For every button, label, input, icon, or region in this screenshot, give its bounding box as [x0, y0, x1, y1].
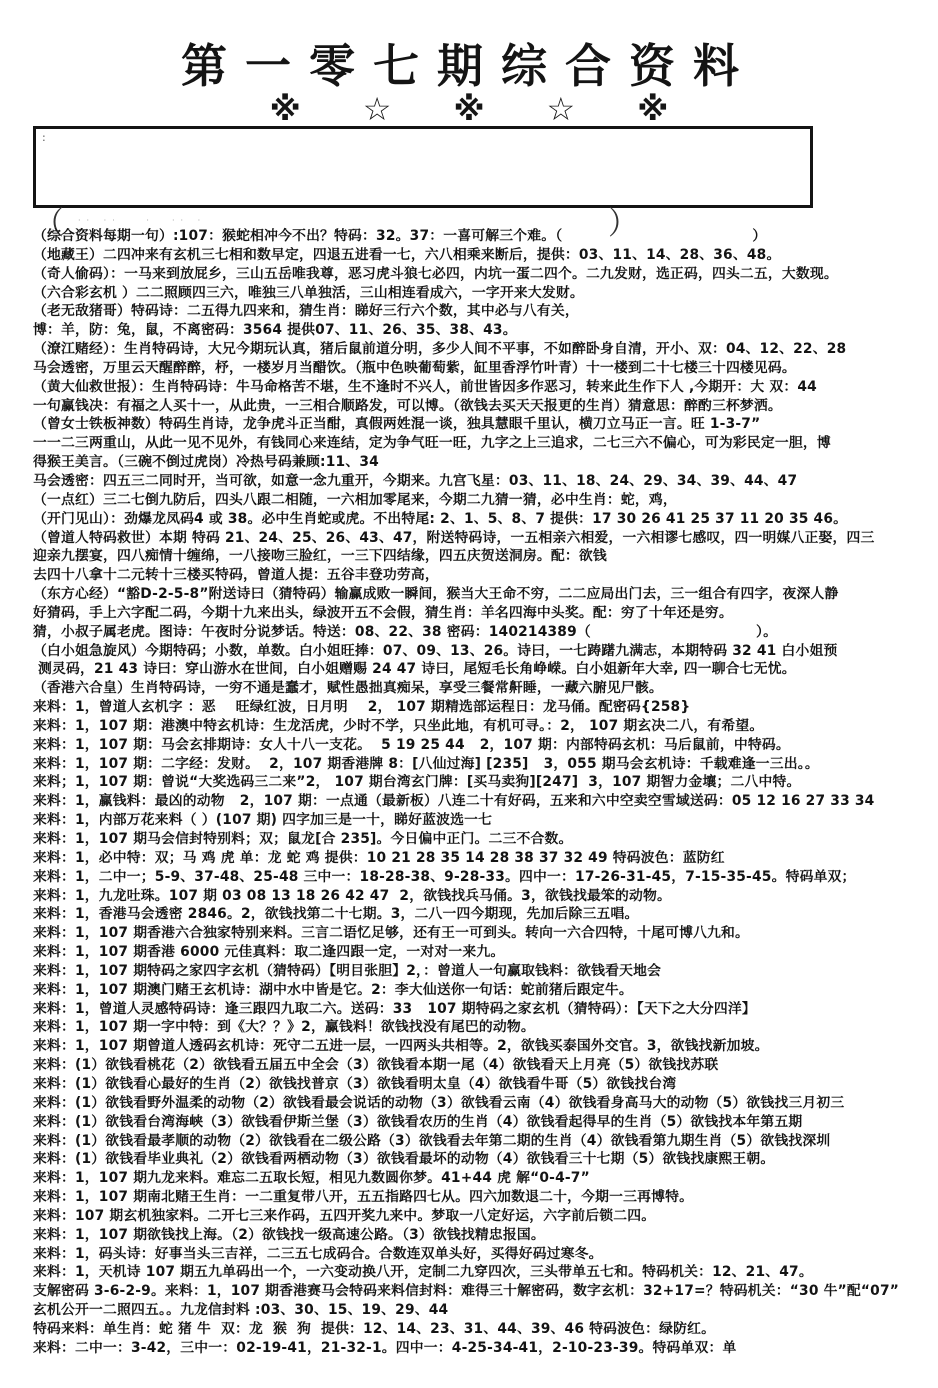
- document-line: （综合资料每期一句）:107：猴蛇相冲今不出？特码：32。37：一喜可解三个难。…: [33, 227, 933, 246]
- document-line: 来料：(1）欲钱看桃花（2）欲钱看五届五中全会（3）欲钱看本期一尾（4）欲钱看天…: [33, 1056, 933, 1075]
- document-line: 来料：107 期玄机独家料。二开七三来作码，五四开奖九来中。梦取一八定好运，六字…: [33, 1207, 933, 1226]
- document-line: 猜，小叔子属老虎。图诗：午夜时分说梦话。特送：08、22、38 密码：14021…: [33, 623, 933, 642]
- document-line: 玄机公开一二照四五。。九龙信封料 :03、30、15、19、29、44: [33, 1301, 933, 1320]
- decor-symbols-row: ※☆※☆※: [0, 90, 938, 128]
- document-line: （白小姐急旋风）今期特码；小数，单数。白小姐旺捧：07、09、13、26。诗曰，…: [33, 642, 933, 661]
- document-line: 来料：(1）欲钱看野外温柔的动物（2）欲钱看最会说话的动物（3）欲钱看云南（4）…: [33, 1094, 933, 1113]
- document-line: 来料：1，107 期特码之家四字玄机（猜特码）【明目张胆】2，：曾道人一句赢取钱…: [33, 962, 933, 981]
- document-body: （综合资料每期一句）:107：猴蛇相冲今不出？特码：32。37：一喜可解三个难。…: [33, 227, 933, 1358]
- document-line: 来料：1，107 期香港 6000 元佳真料：取二逢四跟一定，一对对一来九。: [33, 943, 933, 962]
- document-line: （老无敌猪哥）特码诗：二五得九四来和，猜生肖：睇好三行六个数，其中必与八有关，: [33, 302, 933, 321]
- document-line: （开门见山）：劲爆龙凤码4 或 38。必中生肖蛇或虎。不出特尾: 2、1、5、8…: [33, 510, 933, 529]
- document-line: 来料：(1）欲钱看最孝顺的动物（2）欲钱看在二级公路（3）欲钱看去年第二期的生肖…: [33, 1132, 933, 1151]
- document-line: 马会透密，万里云天醒醉醉，杼，一楼岁月当醋饮。（瓶中色映葡萄紫，缸里香浮竹叶青）…: [33, 359, 933, 378]
- header-box: :: [33, 126, 813, 208]
- document-line: 来料：1，107 期澳门赌王玄机诗：湖中水中皆是它。2：李大仙送你一句话：蛇前猪…: [33, 981, 933, 1000]
- document-line: 得猴王美言。（三碗不倒过虎岗）冷热号码兼顾:11、34: [33, 453, 933, 472]
- document-line: 来料：1，107 期曾道人透码玄机诗：死守二五进一层，一四两头共相等。2，欲钱买…: [33, 1037, 933, 1056]
- document-line: （潦江赌经）：生肖特码诗，大兄今期玩认真，猪后鼠前道分明，多少人间不平事，不如醉…: [33, 340, 933, 359]
- document-line: 一一二三两重山，从此一见不见外，有钱同心来连结，定为争气旺一旺，九字之上三追求，…: [33, 434, 933, 453]
- document-line: 来料：1，天机诗 107 期五九单码出一个，一六变动换八开，定制二九穿四次，三头…: [33, 1263, 933, 1282]
- document-line: 来料：二中一：3-42，三中一：02-19-41，21-32-1。四中一：4-2…: [33, 1339, 933, 1358]
- star-icon: ※: [453, 90, 484, 128]
- document-line: （奇人偷码）：一马来到放屁乡，三山五岳唯我尊，恶习虎斗狼七必四，内坑一蛋二四个。…: [33, 265, 933, 284]
- document-line: （黄大仙救世报）：生肖特码诗：牛马命格苦不堪，生不逢时不兴人，前世皆因多作恶习，…: [33, 378, 933, 397]
- document-line: （曾女士铁板神数）特码生肖诗，龙争虎斗正当酣，真假两姓混一谈，独具慧眼千里认，横…: [33, 415, 933, 434]
- document-line: 来料；1，107 期：曾说“大奖选码三二来”2， 107 期台湾玄门牌：[买马卖…: [33, 773, 933, 792]
- document-line: 来料：1，必中特：双；马 鸡 虎 单：龙 蛇 鸡 提供：10 21 28 35 …: [33, 849, 933, 868]
- star-icon: ※: [637, 90, 668, 128]
- document-line: 马会透密：四五三二同时开，当可欲，如意一念九重开，今期来。九宫飞星：03、11、…: [33, 472, 933, 491]
- document-line: 来料：1，107 期：马会玄排期诗：女人十八一支花。 5 19 25 44 2，…: [33, 736, 933, 755]
- document-line: 博：羊，防：兔，鼠，不离密码：3564 提供07、11、26、35、38、43。: [33, 321, 933, 340]
- document-line: 来料：1，码头诗：好事当头三吉祥，二三五七成码合。合数连双单头好，买得好码过寒冬…: [33, 1245, 933, 1264]
- document-line: （地藏王）二四冲来有玄机三七相和数早定，四退五进看一七，六八相乘来断后，提供：0…: [33, 246, 933, 265]
- star-icon: ※: [270, 90, 301, 128]
- document-line: 来料：1，107 期九龙来料。难忘二五取长短，相见九数圆你梦。41+44 虎 解…: [33, 1169, 933, 1188]
- document-line: 来料：1，赢钱料：最凶的动物 2，107 期：一点通（最新板）八连二十有好码，五…: [33, 792, 933, 811]
- document-line: 迎亲九摆宴，四八痴情十缠绵，一八接吻三脸红，一三下四结缘，四五庆贺送洞房。配：欲…: [33, 547, 933, 566]
- document-line: （曾道人特码救世）本期 特码 21、24、25、26、43、47，附送特码诗，一…: [33, 529, 933, 548]
- document-line: 来料：(1）欲钱看毕业典礼（2）欲钱看两栖动物（3）欲钱看最坏的动物（4）欲钱看…: [33, 1150, 933, 1169]
- document-line: 来料：1，107 期：二字经：发财。 2，107 期香港牌 8：[八仙过海] […: [33, 755, 933, 774]
- document-line: 一句赢钱决：有福之人买十一，从此贵，一三相合顺路发，可以博。（欲钱去买天天报更的…: [33, 397, 933, 416]
- document-line: 支解密码 3-6-2-9。来料：1，107 期香港赛马会特码来料信封料：难得三十…: [33, 1282, 933, 1301]
- document-line: 来料：1，107 期：港澳中特玄机诗：生龙活虎，少时不学，只坐此地，有机可寻。：…: [33, 717, 933, 736]
- document-line: 好猜码，手上六字配二码，今期十九来出头，绿波开五不会假，猜生肖：羊名四海中头奖。…: [33, 604, 933, 623]
- document-line: 来料：1，107 期一字中特：到《大？？》2，赢钱料！欲钱找没有尾巴的动物。: [33, 1018, 933, 1037]
- document-line: 来料：1，内部万花来料（ ）(107 期) 四字加三是一十，睇好蓝波选一七: [33, 811, 933, 830]
- document-line: 特码来料：单生肖：蛇 猪 牛 双：龙 猴 狗 提供：12、14、23、31、44…: [33, 1320, 933, 1339]
- document-line: 来料：1，九龙吐珠。107 期 03 08 13 18 26 42 47 2，欲…: [33, 887, 933, 906]
- box-artifact-mark: :: [42, 133, 46, 143]
- document-line: 来料：1，二中一；5-9、37-48、25-48 三中一：18-28-38、9-…: [33, 868, 933, 887]
- document-line: （六合彩玄机 ）二二照顾四三六，唯独三八单独活，三山相连看成六，一字开来大发财。: [33, 284, 933, 303]
- document-line: （香港六合皇）生肖特码诗，一穷不通是蠢才，赋性愚拙真痴呆，享受三餐常鼾睡，一藏六…: [33, 679, 933, 698]
- document-line: 来料：1，曾道人灵感特码诗：逢三跟四九取二六。送码：33 107 期特码之家玄机…: [33, 1000, 933, 1019]
- document-line: 来料：(1）欲钱看心最好的生肖（2）欲钱找普京（3）欲钱看明太皇（4）欲钱看牛哥…: [33, 1075, 933, 1094]
- page-title: 第一零七期综合资料: [0, 30, 938, 96]
- document-line: 来料：1，曾道人玄机字 ：恶 旺绿红波，日月明 2， 107 期精选部运程日：龙…: [33, 698, 933, 717]
- star-icon: ☆: [547, 90, 576, 128]
- document-line: （东方心经）“豁D-2-5-8”附送诗曰（猜特码）输赢成败一瞬间，猴当大王命不穷…: [33, 585, 933, 604]
- document-line: 来料：(1）欲钱看台湾海峡（3）欲钱看伊斯兰堡（3）欲钱看农历的生肖（4）欲钱看…: [33, 1113, 933, 1132]
- document-line: 来料：1，107 期香港六合独家特别来料。三言二语忆足够，还有王一可到头。转向一…: [33, 924, 933, 943]
- document-page: 第一零七期综合资料 ※☆※☆※ : （ ·· ·· · ·· · ） （综合资料…: [0, 0, 938, 1388]
- annotation-parentheses: （ ·· ·· · ·· · ）: [30, 198, 630, 230]
- faint-scan-marks: ·· ·· · ·· ·: [78, 216, 206, 225]
- document-line: （一点红）三二七倒九防后，四头八跟二相随，一六相加零尾来，今期二九猜一猜，必中生…: [33, 491, 933, 510]
- document-line: 测灵码，21 43 诗曰：穿山游水在世间，白小姐赠赐 24 47 诗曰，尾短毛长…: [33, 660, 933, 679]
- document-line: 来料：1，107 期马会信封特别料；双；鼠龙[合 235]。今日偏中正门。二三不…: [33, 830, 933, 849]
- star-icon: ☆: [363, 90, 392, 128]
- document-line: 去四十八拿十二元转十三楼买特码，曾道人提：五谷丰登功劳高，: [33, 566, 933, 585]
- document-line: 来料：1，107 期欲钱找上海。（2）欲钱找一级高速公路。（3）欲钱找精忠报国。: [33, 1226, 933, 1245]
- document-line: 来料：1，香港马会透密 2846。2，欲钱找第二十七期。3，二八一四今期现，先加…: [33, 905, 933, 924]
- document-line: 来料：1，107 期南北赌王生肖：一二重复带八开，五五指路四七从。四六加数退二十…: [33, 1188, 933, 1207]
